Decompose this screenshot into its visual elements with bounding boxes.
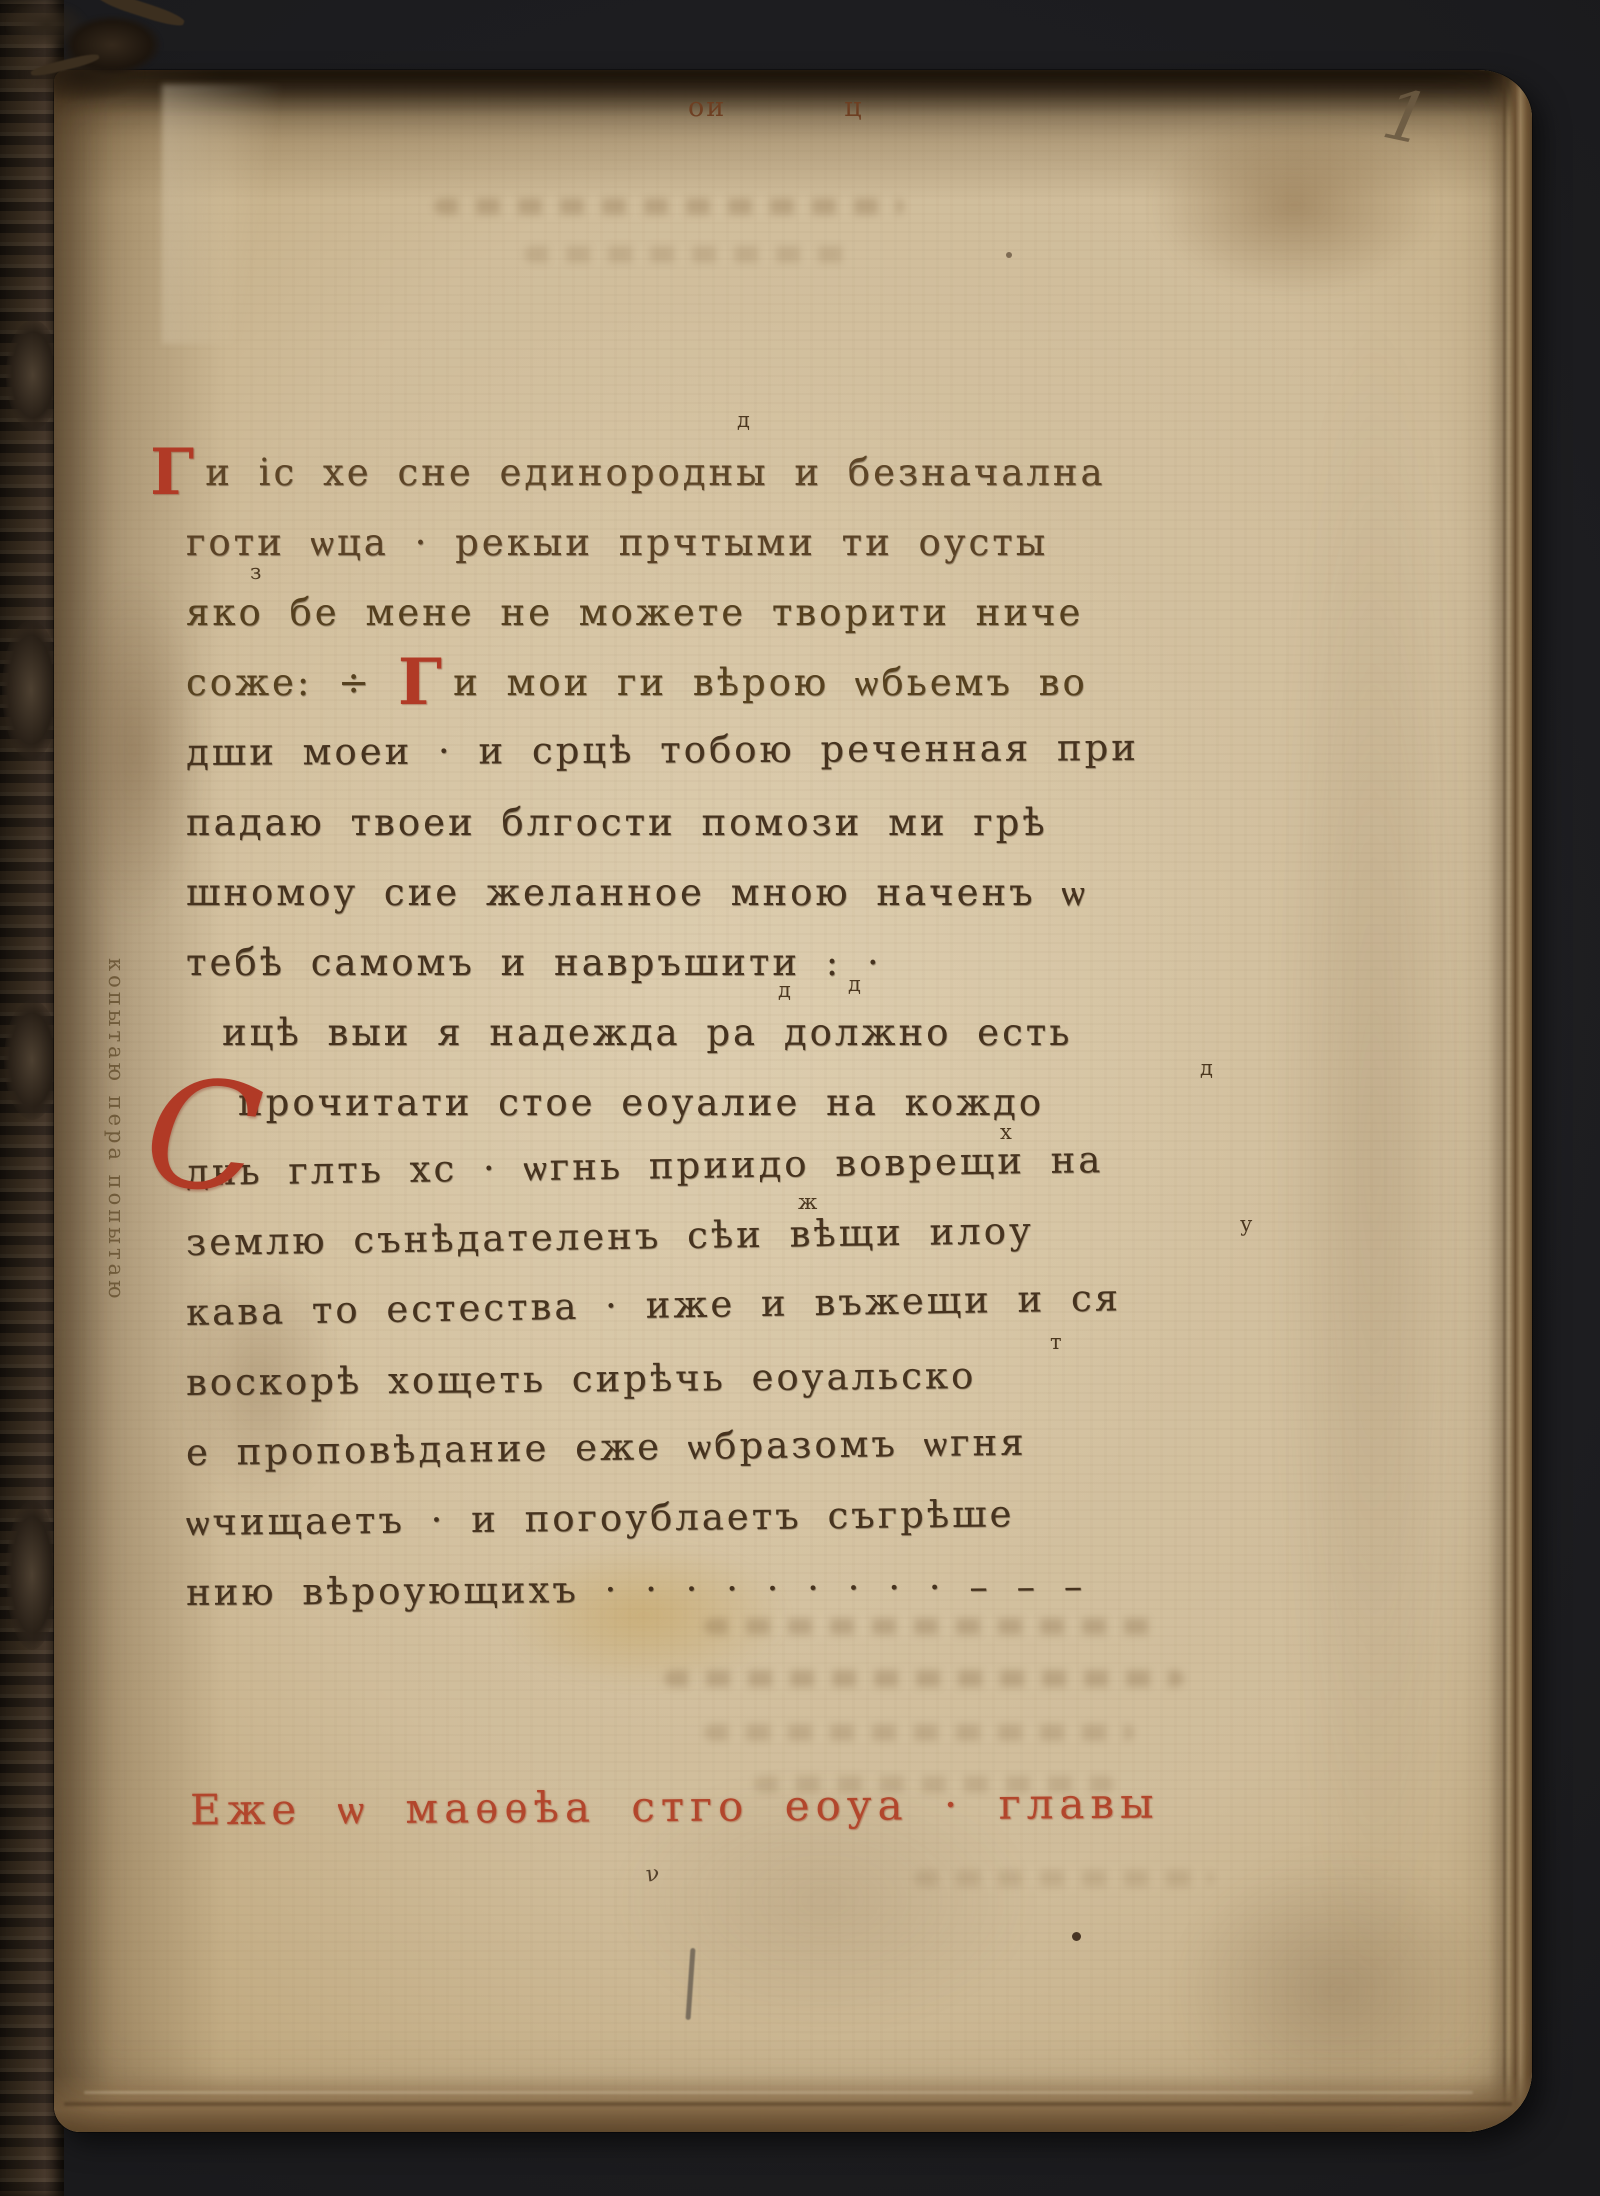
line-text: готи ѡца · рекыи прчтыми ти оусты <box>186 521 1048 564</box>
line-text: днь глть хс · ѡгнь приидо воврещи на <box>186 1138 1104 1194</box>
line-text: дши моеи · и срцѣ тобою реченная при <box>186 726 1139 774</box>
manuscript-line: яко бе мене не можете творити ниче <box>186 578 1346 648</box>
line-text: соже: ÷ <box>186 661 398 704</box>
superscript-letter: д <box>848 972 861 996</box>
line-text: прочитати стое еоуалие на кождо <box>238 1081 1044 1124</box>
superscript-letter: д <box>737 408 750 432</box>
superscript-letter: х <box>1000 1120 1012 1144</box>
superscript-letter: у <box>1240 1212 1252 1236</box>
spine-texture-bump <box>2 620 60 760</box>
manuscript-line: готи ѡца · рекыи прчтыми ти оусты <box>186 508 1346 578</box>
rubric-heading: Еже ѡ маѳѳѣа стго еоуа · главы <box>190 1779 1160 1836</box>
ink-dot <box>1006 252 1012 258</box>
line-text: яко бе мене не можете творити ниче <box>186 591 1083 634</box>
line-text: кава то естества · иже и въжещи и ся <box>186 1276 1122 1334</box>
spine-texture-bump <box>4 1000 60 1120</box>
line-text: нию вѣроующихъ · · · · · · · · · – – – <box>186 1565 1086 1614</box>
inscription-left: ои <box>688 92 726 123</box>
red-drop-cap: С <box>138 1056 268 1217</box>
manuscript-photo: оиц 1 Ги іс хе сне единородны и безначал… <box>0 0 1600 2196</box>
superscript-letter: з <box>250 560 261 584</box>
marginal-pen-trial: копытаю пера попытаю <box>104 958 128 1302</box>
superscript-letter: д <box>1200 1056 1213 1080</box>
manuscript-line: дши моеи · и срцѣ тобою реченная при <box>186 712 1346 788</box>
manuscript-line: шномоу сие желанное мною наченъ ѡ <box>186 858 1346 928</box>
line-text: падаю твоеи блгости помози ми грѣ <box>186 801 1048 844</box>
top-margin-inscription: оиц <box>688 92 864 123</box>
red-initial-letter: Г <box>398 645 445 720</box>
line-text: ѡчищаетъ · и погоублаетъ съгрѣше <box>186 1492 1015 1544</box>
superscript-letter: т <box>1050 1330 1062 1354</box>
manuscript-line: тебѣ самомъ и навръшити : · <box>186 928 1346 998</box>
scribal-check-mark: ν <box>645 1861 661 1887</box>
manuscript-line: ѡчищаетъ · и погоублаетъ съгрѣше <box>186 1476 1347 1558</box>
line-text: и іс хе сне единородны и безначална <box>205 451 1105 494</box>
manuscript-line: нию вѣроующихъ · · · · · · · · · – – – <box>186 1550 1346 1628</box>
inscription-right: ц <box>844 92 863 123</box>
red-initial-letter: Г <box>150 435 197 510</box>
manuscript-line: падаю твоеи блгости помози ми грѣ <box>186 788 1346 858</box>
superscript-letter: ж <box>798 1190 817 1214</box>
line-text: и мои ги вѣрою ѡбьемъ во <box>453 661 1088 704</box>
manuscript-line: ицѣ выи я надежда ра должно есть <box>186 998 1346 1068</box>
line-text: землю сънѣдателенъ сѣи вѣщи илоу <box>186 1209 1034 1264</box>
line-text: воскорѣ хощеть сирѣчь еоуальско <box>186 1354 977 1404</box>
line-text: ицѣ выи я надежда ра должно есть <box>222 1011 1072 1054</box>
ink-dot <box>1072 1932 1081 1941</box>
spine-texture-bump <box>6 320 60 430</box>
line-text: е проповѣдание еже ѡбразомъ ѡгня <box>186 1421 1027 1474</box>
manuscript-line: е проповѣдание еже ѡбразомъ ѡгня <box>186 1404 1347 1488</box>
superscript-letter: д <box>778 978 791 1002</box>
manuscript-line: Ги іс хе сне единородны и безначална <box>150 438 1346 508</box>
manuscript-line: соже: ÷ Ги мои ги вѣрою ѡбьемъ во <box>186 648 1346 718</box>
line-text: шномоу сие желанное мною наченъ ѡ <box>186 871 1088 914</box>
manuscript-text-block: Ги іс хе сне единородны и безначалнаготи… <box>186 438 1346 1628</box>
spine-texture-bump <box>6 1500 58 1650</box>
